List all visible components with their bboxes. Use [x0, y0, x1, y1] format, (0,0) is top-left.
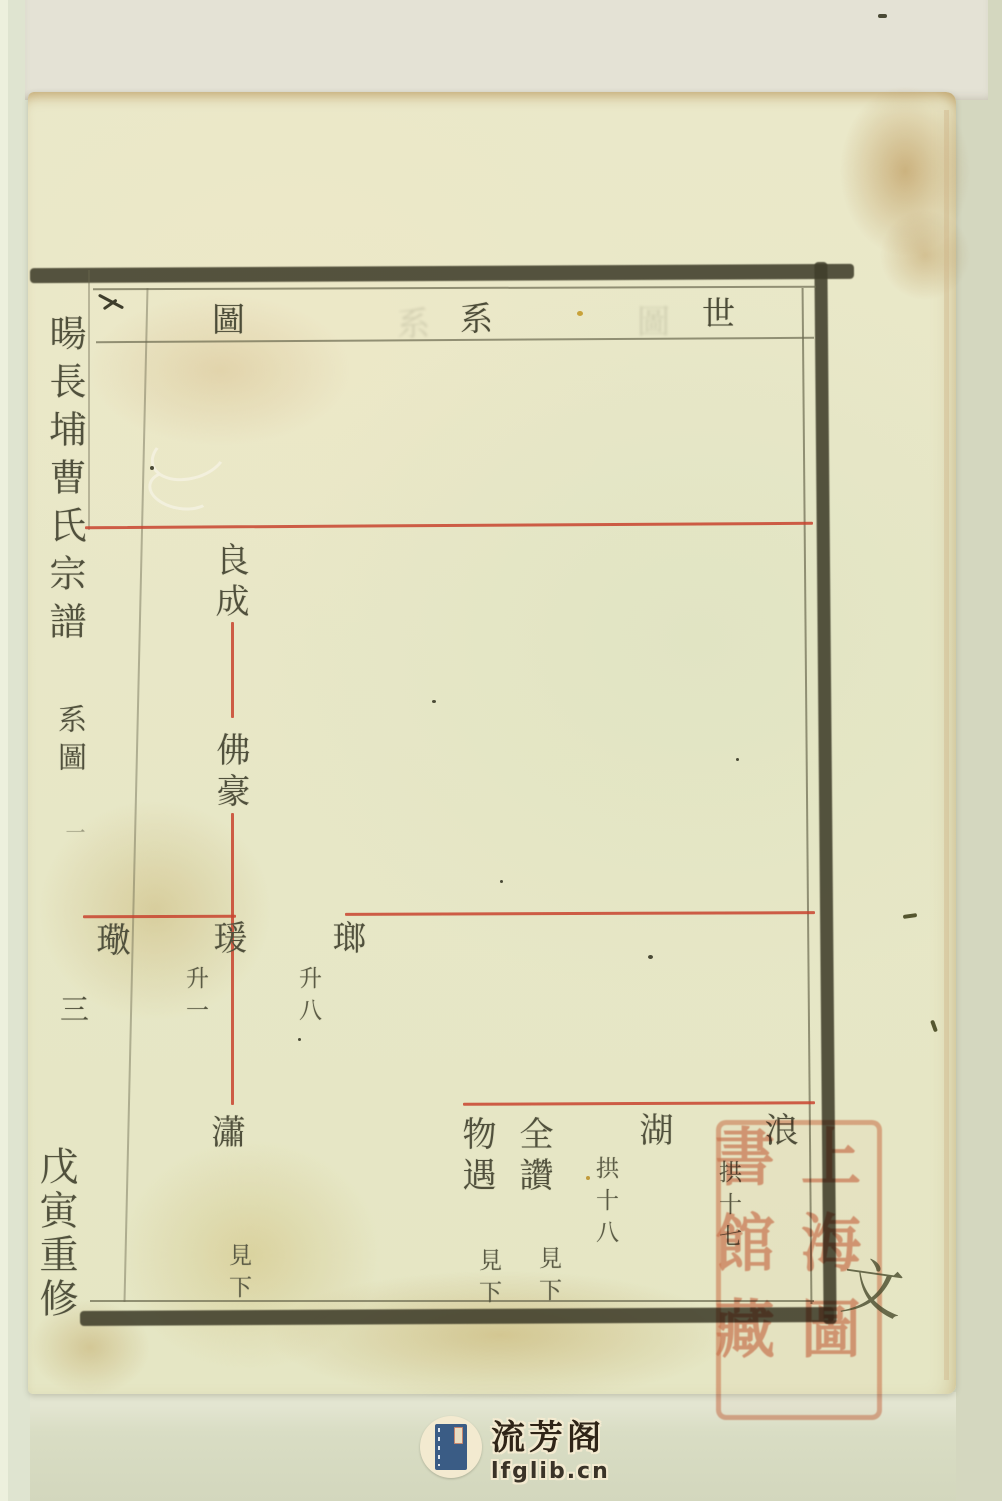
paper-fold-shadow: [944, 110, 949, 1380]
paper-speck-yellow: [586, 1176, 590, 1180]
note-jianxia-xiao: 見下: [226, 1243, 249, 1307]
thread-bound-book-icon: [435, 1424, 467, 1470]
scanned-genealogy-page: 世 系 圖 圖 系 暘長埔曹氏宗譜 系圖 一 三 戊寅重修 良成 佛豪 璥 瑗 …: [0, 0, 1002, 1501]
note-jianxia-quanzan: 見下: [536, 1246, 559, 1310]
header-char-xi: 系: [460, 293, 493, 340]
paper-speck: [150, 466, 154, 470]
person-name-wuyu: 物遇: [459, 1116, 493, 1198]
seal-column-left: 書館藏: [697, 1124, 783, 1416]
spine-folio-number: 三: [58, 994, 87, 1023]
handwritten-character: 文: [836, 1236, 910, 1333]
header-char-tu: 圖: [212, 294, 245, 341]
person-name-quanzan: 全讚: [516, 1116, 550, 1198]
person-name-fohao: 佛豪: [213, 732, 247, 814]
paper-speck: [500, 880, 503, 883]
rank-label-gongshiba: 拱十八: [593, 1156, 616, 1252]
descent-line-liangcheng-fohao: [231, 622, 234, 718]
person-name-hu: 湖: [636, 1112, 670, 1153]
speck-top-sheet: [878, 14, 887, 18]
person-name-lang: 瑯: [329, 920, 363, 961]
spine-section-label: 系圖: [56, 704, 85, 780]
paper-speck-yellow-2: [577, 311, 583, 316]
paper-speck: [736, 758, 739, 761]
watermark-badge: 流芳阁 lfglib.cn: [420, 1412, 610, 1482]
paper-speck: [432, 700, 436, 703]
bleedthrough-char-xi: 系: [397, 298, 430, 345]
spine-divider-line: [88, 270, 90, 530]
paper-speck: [648, 955, 653, 959]
rank-label-shengba: 升八: [296, 966, 319, 1030]
spine-book-title: 暘長埔曹氏宗譜: [46, 314, 83, 650]
generation-line-2-left: [83, 915, 236, 918]
watermark-site-url: lfglib.cn: [491, 1459, 610, 1484]
person-name-yuan: 瑗: [210, 920, 244, 961]
spine-volume-marker: 一: [64, 822, 84, 842]
note-jianxia-wuyu: 見下: [476, 1248, 499, 1312]
rank-label-shengyi: 升一: [183, 966, 206, 1030]
scan-backdrop-left: [0, 0, 30, 1501]
bleedthrough-char-tu: 圖: [637, 296, 670, 343]
watermark-text-block: 流芳阁 lfglib.cn: [491, 1410, 610, 1484]
watermark-site-name: 流芳阁: [491, 1410, 610, 1459]
watermark-circle: [420, 1416, 482, 1478]
person-name-jing: 璥: [93, 922, 127, 963]
scan-backdrop-right: [956, 0, 1002, 1501]
underlying-sheet: [25, 0, 988, 100]
paper-speck: [298, 1038, 301, 1041]
header-char-shi: 世: [702, 288, 735, 335]
person-name-xiao: 瀟: [208, 1114, 242, 1155]
spine-bottom-label: 戊寅重修: [36, 1146, 75, 1322]
person-name-liangcheng: 良成: [212, 542, 246, 624]
